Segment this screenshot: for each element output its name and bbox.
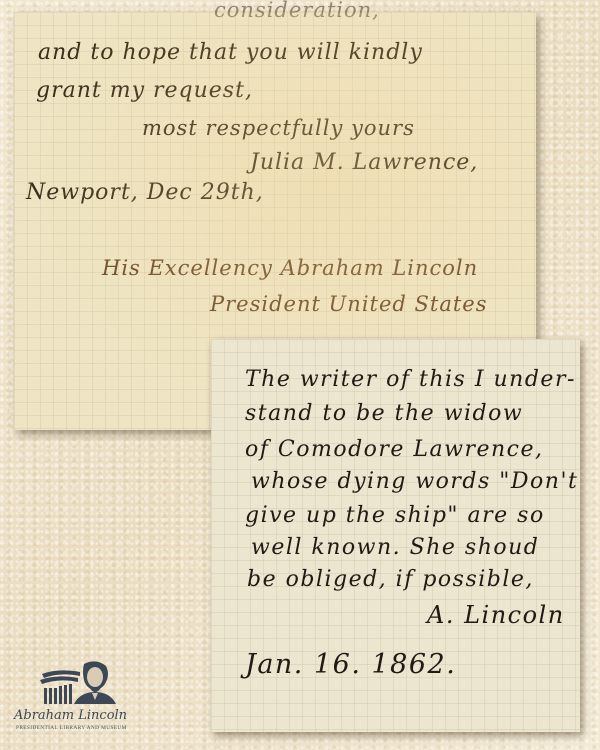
lincoln-signature: A. Lincoln [427,601,565,629]
library-logo: Abraham Lincoln PRESIDENTIAL LIBRARY AND… [10,660,125,740]
endorsement-line-1: The writer of this I under- [245,367,576,392]
endorsement-line-4: whose dying words "Don't [251,469,578,494]
letter-place-date: Newport, Dec 29th, [26,180,264,205]
logo-name: Abraham Lincoln [14,708,127,723]
endorsement-line-2: stand to be the widow [245,401,523,426]
endorsement-line-5: give up the ship" are so [245,503,545,528]
letter-address-line-1: His Excellency Abraham Lincoln [102,256,478,280]
endorsement-line-6: well known. She shoud [251,535,539,560]
lincoln-portrait-building-icon [10,660,125,710]
logo-subtitle: PRESIDENTIAL LIBRARY AND MUSEUM [16,725,127,731]
letter-line-2: grant my request, [36,78,253,103]
letter-line-1: and to hope that you will kindly [38,40,423,65]
letter-signature: Julia M. Lawrence, [250,150,478,175]
endorsement-page: The writer of this I under- stand to be … [211,339,580,732]
letter-address-line-2: President United States [210,292,488,316]
endorsement-line-3: of Comodore Lawrence, [245,437,544,462]
endorsement-date: Jan. 16. 1862. [245,649,456,680]
letter-cutoff-line: consideration, [214,0,380,22]
letter-closing: most respectfully yours [142,116,415,140]
endorsement-line-7: be obliged, if possible, [247,567,534,592]
